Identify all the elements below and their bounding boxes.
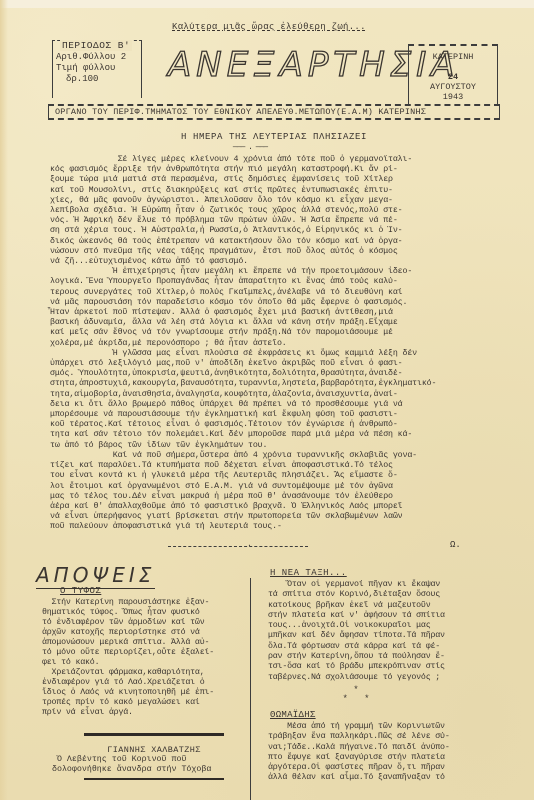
memorial-rule-bottom — [84, 778, 224, 780]
newspaper-page: ΠΕΡΙΟΔΟΣ Β' Αριθ.Φύλλου 2 Τιμή φύλλου δρ… — [0, 0, 534, 800]
paper-edge — [0, 0, 534, 8]
memorial-rule-top — [84, 733, 224, 736]
main-article-body: Σέ λίγες μέρες κλείνουν 4 χρόνια ἀπό τότ… — [50, 155, 512, 533]
masthead-title: ΑΝΕΞΑΡΤΗΣΙΑ — [168, 42, 396, 88]
date-box: ΚΑΤΕΡΙΝΗ 24 ΑΥΓΟΥΣΤΟΥ 1943 — [408, 44, 498, 104]
price-value: δρ.100 — [56, 74, 138, 85]
motto: Καλύτερα μιᾶς ὥρας ἐλεύθερη ζωή... — [172, 22, 366, 32]
article-signoff: Ω. — [450, 540, 461, 550]
typhus-article-title: Ο ΤΥΦΟΣ — [60, 586, 101, 596]
separator-dot: . — [247, 540, 252, 549]
typhus-article-body: Στήν Κατερίνη παρουσιάστηκε ἐξαν- θηματι… — [42, 598, 248, 718]
column-divider — [250, 578, 251, 800]
organ-banner: ΟΡΓΑΝΟ ΤΟΥ ΠΕΡΙΦ.ΤΜΗΜΑΤΟΣ ΤΟΥ ΕΘΝΙΚΟΥ ΑΠ… — [48, 104, 500, 120]
price-label: Τιμή φύλλου — [56, 63, 138, 74]
asterism-divider: * * * — [336, 686, 376, 704]
article-separator — [168, 546, 308, 547]
city-label: ΚΑΤΕΡΙΝΗ — [409, 52, 497, 62]
date-month: ΑΥΓΟΥΣΤΟΥ — [409, 82, 497, 92]
main-article-title: Η ΗΜΕΡΑ ΤΗΣ ΛΕΥΤΕΡΙΑΣ ΠΛΗΣΙΑΖΕΙ — [144, 132, 404, 142]
new-order-article-title: Η ΝΕΑ ΤΑΞΗ... — [270, 568, 347, 578]
memorial-caption: Ὁ Λεβέντης τοῦ Κορινοῦ ποῦ δολοφονήθηκε … — [52, 755, 242, 775]
issue-number: Αριθ.Φύλλου 2 — [56, 52, 138, 63]
title-ornament: ——— . ——— — [200, 143, 300, 152]
issue-info-box: ΠΕΡΙΟΔΟΣ Β' Αριθ.Φύλλου 2 Τιμή φύλλου δρ… — [52, 40, 142, 98]
memorial-name: ΓΙΑΝΝΗΣ ΧΑΛΒΑΤΖΗΣ — [84, 745, 224, 755]
date-day: 24 — [409, 72, 497, 82]
second-article-body: Μέσα ἀπό τή γραμμή τῶν Κορινιωτῶν τράβηξ… — [268, 722, 518, 784]
paper-edge-left — [0, 0, 8, 800]
second-article-title: ΘΩΜΑΪΔΗΣ — [270, 710, 316, 720]
date-year: 1943 — [409, 92, 497, 102]
new-order-article-body: Ὅταν οἱ γερμανοί πῆγαν κι ἔκαψαν τά σπίτ… — [268, 580, 518, 683]
period-label: ΠΕΡΙΟΔΟΣ Β' — [60, 40, 132, 51]
